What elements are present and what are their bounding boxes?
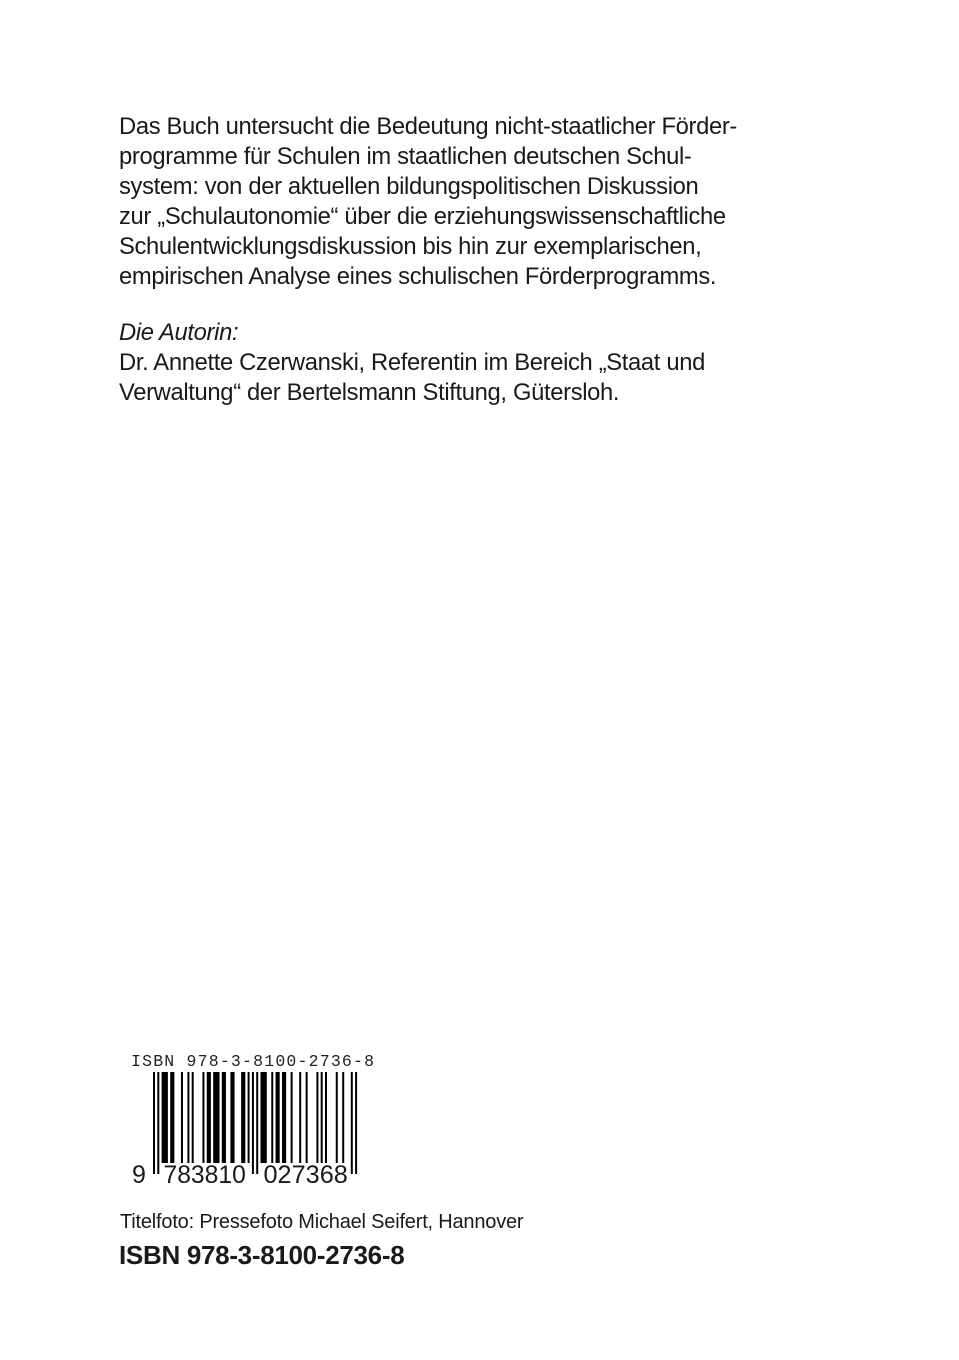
description-line: Schulentwicklungsdiskussion bis hin zur … — [119, 232, 856, 262]
description-line: zur „Schulautonomie“ über die erziehungs… — [119, 202, 856, 232]
description-line: system: von der aktuellen bildungspoliti… — [119, 172, 856, 202]
barcode-right-digits: 027368 — [264, 1161, 348, 1189]
isbn-barcode: ISBN 978-3-8100-2736-8 9 783810 027368 — [128, 1050, 378, 1190]
author-bio: Dr. Annette Czerwanski, Referentin im Be… — [119, 348, 705, 408]
description-line: Das Buch untersucht die Bedeutung nicht-… — [119, 112, 856, 142]
barcode-bars: 9 783810 027368 — [128, 1050, 378, 1190]
cover-photo-credit: Titelfoto: Pressefoto Michael Seifert, H… — [120, 1210, 523, 1234]
book-back-cover: Das Buch untersucht die Bedeutung nicht-… — [0, 0, 959, 1360]
description-line: empirischen Analyse eines schulischen Fö… — [119, 262, 856, 292]
author-heading: Die Autorin: — [119, 318, 238, 348]
author-bio-line: Verwaltung“ der Bertelsmann Stiftung, Gü… — [119, 378, 705, 408]
description-line: programme für Schulen im staatlichen deu… — [119, 142, 856, 172]
book-description: Das Buch untersucht die Bedeutung nicht-… — [119, 112, 856, 292]
barcode-first-digit: 9 — [132, 1161, 146, 1189]
author-bio-line: Dr. Annette Czerwanski, Referentin im Be… — [119, 348, 705, 378]
barcode-left-digits: 783810 — [164, 1161, 246, 1189]
isbn-number: ISBN 978-3-8100-2736-8 — [119, 1240, 404, 1270]
